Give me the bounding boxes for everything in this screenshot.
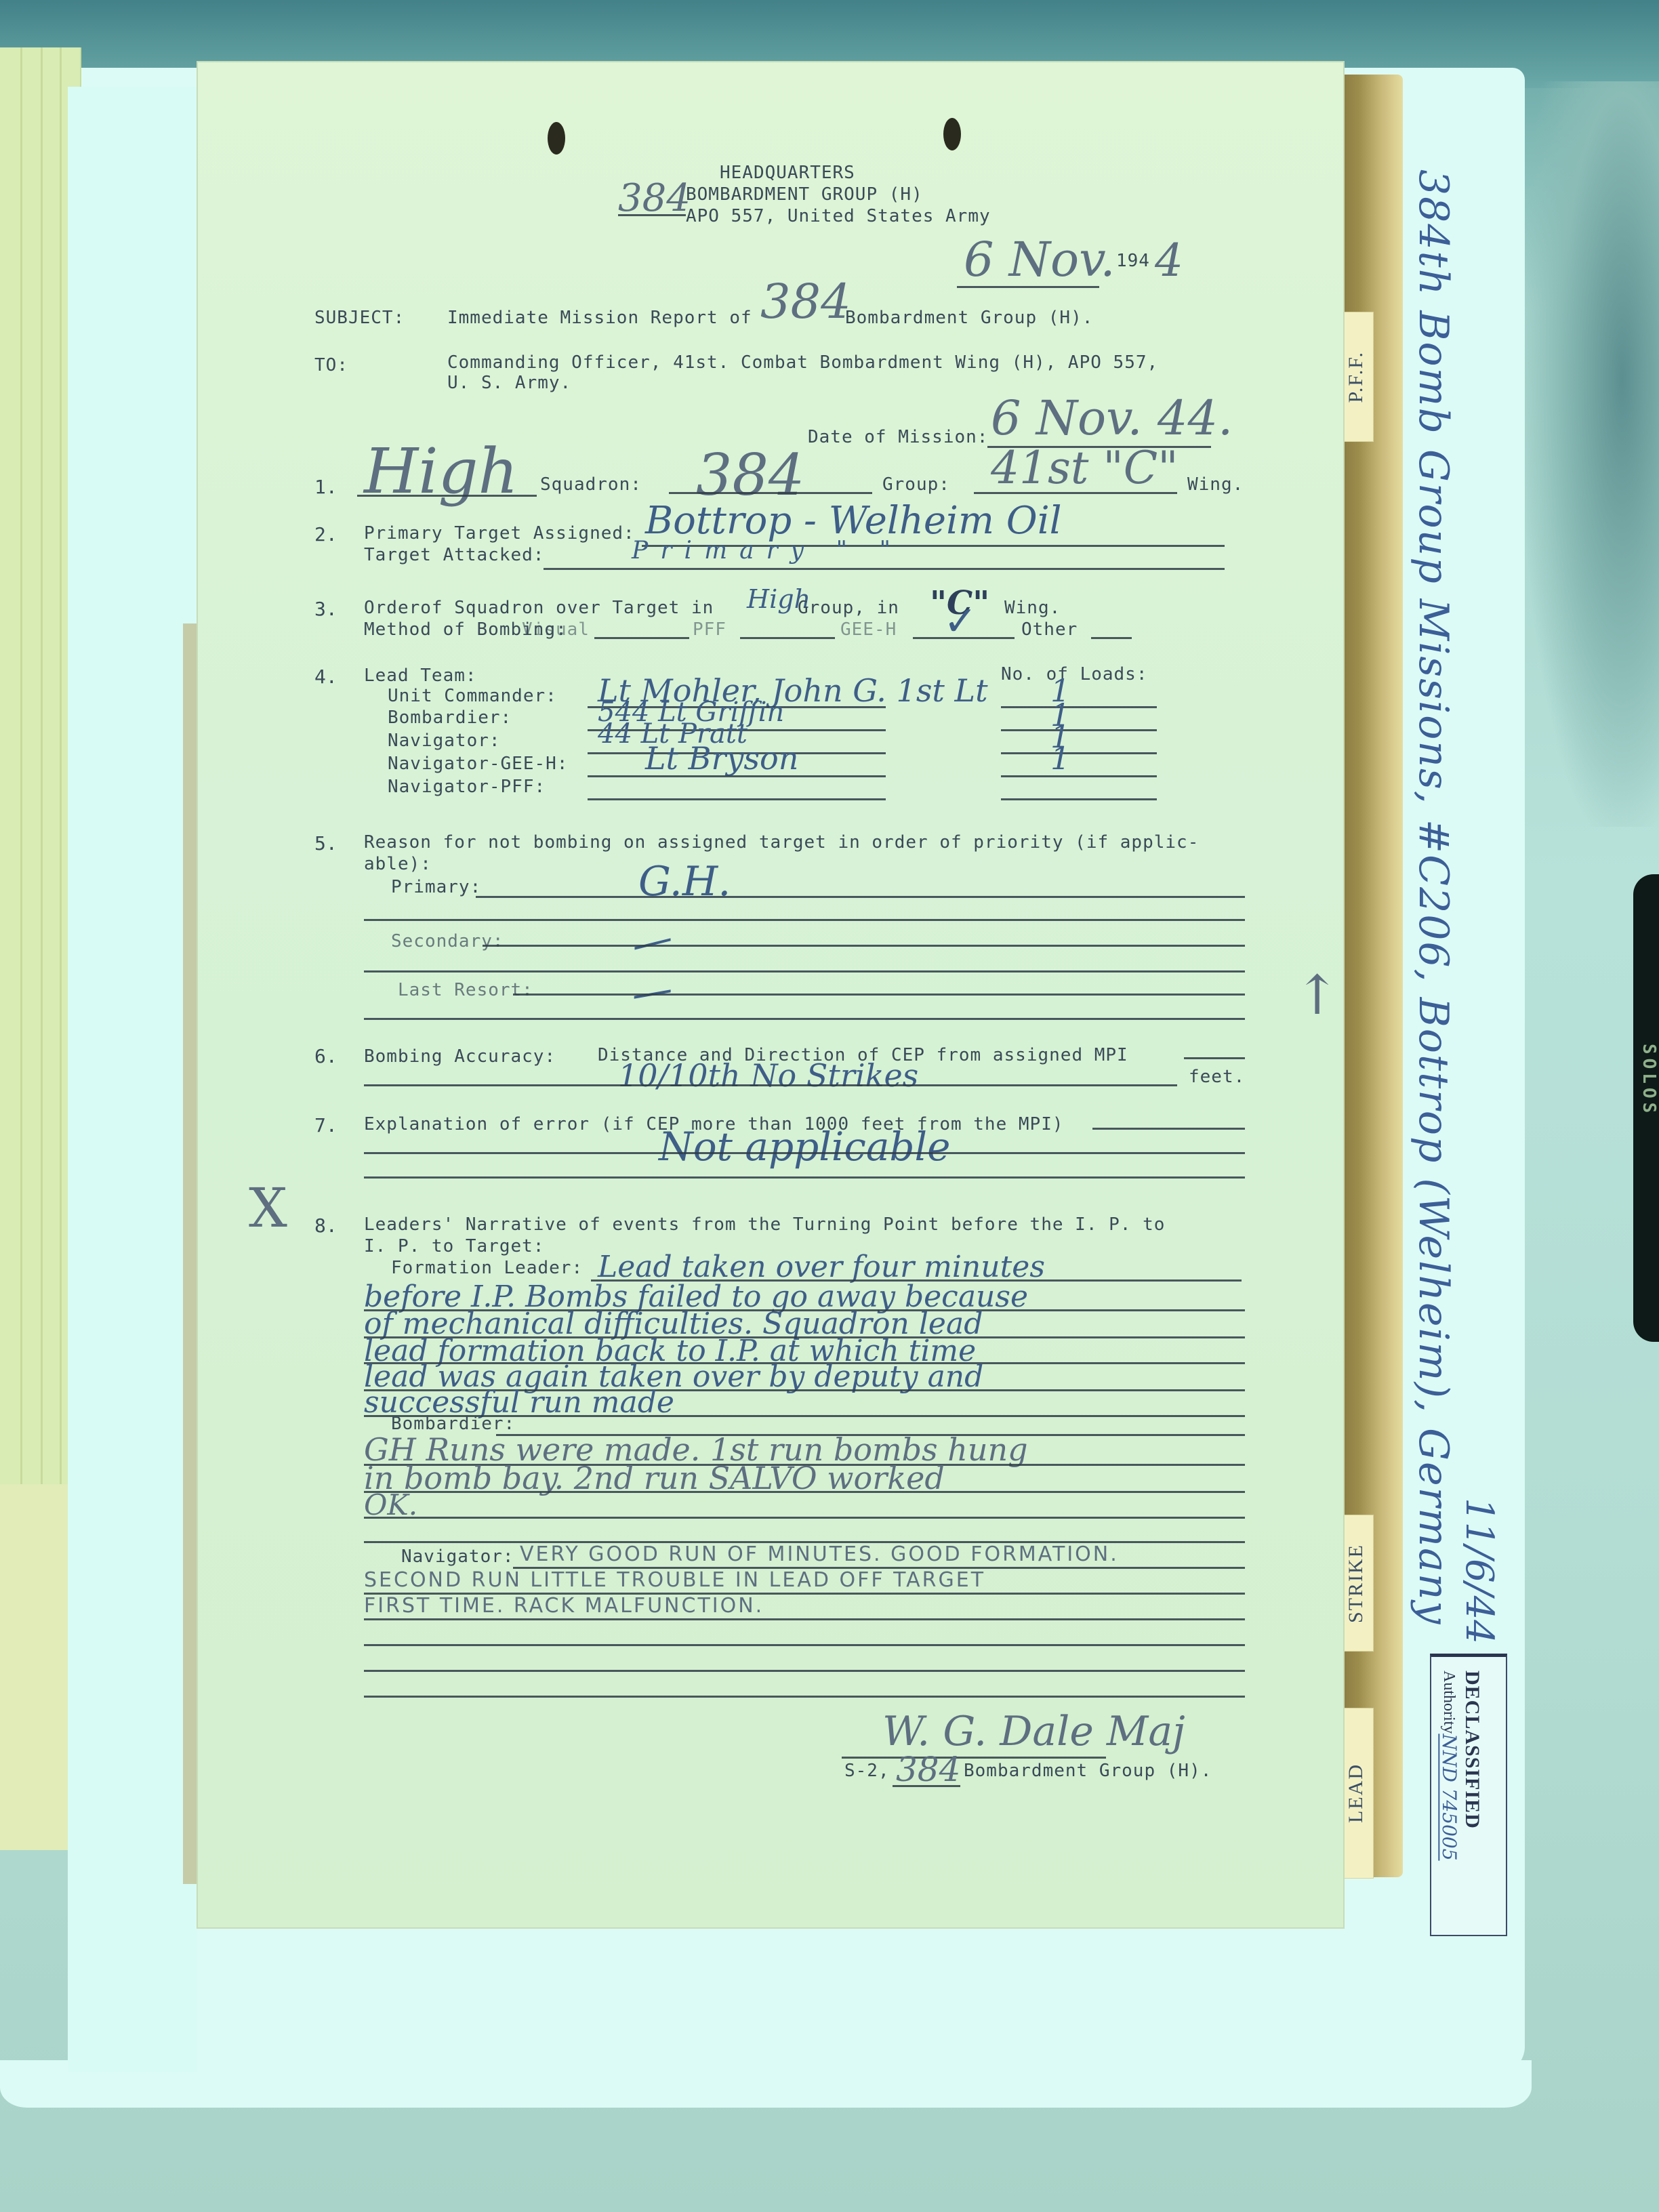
reason-last-resort-label: Last Resort: (398, 980, 533, 1000)
stamp-authority-label: Authority (1440, 1671, 1458, 1734)
loads-label: No. of Loads: (1001, 664, 1148, 684)
narrative-line (364, 1670, 1245, 1672)
reason-last-resort-underline (513, 994, 1245, 996)
subject-label: SUBJECT: (314, 308, 405, 328)
folder-margin-date: 11/6/44 (1457, 1498, 1501, 1644)
signature-group-underline (893, 1785, 960, 1787)
wing-label: Wing. (1187, 474, 1244, 495)
item-number: 3. (314, 598, 337, 620)
device-edge: SOLOS (1633, 874, 1659, 1342)
lead-role: Navigator: (388, 731, 501, 751)
primary-target-label: Primary Target Assigned: (364, 523, 635, 544)
accuracy-unit: feet. (1189, 1067, 1245, 1087)
order-wing-label: Wing. (1004, 598, 1061, 618)
header-date-handwritten: 6 Nov. (964, 232, 1115, 287)
method-checkmark: ✓ (943, 598, 977, 645)
reason-primary-value: G.H. (638, 858, 731, 905)
archive-folder-bottom (0, 2060, 1532, 2108)
lead-loads-underline (1001, 706, 1157, 708)
navigator-line: VERY GOOD RUN OF MINUTES. GOOD FORMATION… (520, 1542, 1119, 1566)
method-visual-blank (594, 637, 689, 639)
narrative-line (364, 1491, 1245, 1493)
order-label: Orderof Squadron over Target in (364, 598, 714, 618)
narrative-label-1: Leaders' Narrative of events from the Tu… (364, 1214, 1165, 1235)
method-pff-blank (740, 637, 835, 639)
subject-text-after: Bombardment Group (H). (845, 308, 1093, 328)
signature-line (842, 1757, 1106, 1759)
lead-loads: 1 (1050, 740, 1070, 777)
error-underline (364, 1152, 1245, 1154)
lead-role: Navigator-GEE-H: (388, 754, 568, 774)
to-label: TO: (314, 355, 348, 375)
wing-underline (974, 492, 1177, 494)
tab-pff[interactable]: P.F.F. (1338, 312, 1374, 442)
header-line2: BOMBARDMENT GROUP (H) (686, 184, 923, 205)
error-value: Not applicable (659, 1124, 950, 1170)
item-number: 8. (314, 1214, 337, 1237)
lead-role: Navigator-PFF: (388, 777, 546, 797)
arrow-annotation: ↑ (1294, 964, 1340, 1027)
signature-prefix: S-2, (844, 1761, 890, 1781)
signature: W. G. Dale Maj (882, 1708, 1185, 1755)
to-line1: Commanding Officer, 41st. Combat Bombard… (447, 352, 1158, 373)
item-number: 7. (314, 1114, 337, 1136)
date-of-mission-value: 6 Nov. 44. (991, 390, 1233, 446)
header-group-underline (618, 214, 686, 216)
accuracy-label: Bombing Accuracy: (364, 1046, 556, 1067)
method-option-visual[interactable]: Visual (522, 619, 590, 640)
lead-role: Unit Commander: (388, 686, 557, 706)
x-mark-annotation: X (249, 1176, 287, 1240)
narrative-label-2: I. P. to Target: (364, 1236, 544, 1256)
formation-leader-label: Formation Leader: (391, 1258, 583, 1278)
group-underline (669, 492, 872, 494)
group-label: Group: (882, 474, 950, 495)
subject-text: Immediate Mission Report of (447, 308, 752, 328)
navigator-line: SECOND RUN LITTLE TROUBLE IN LEAD OFF TA… (364, 1568, 985, 1592)
lead-name-underline (588, 775, 886, 777)
narrative-line (364, 1517, 1245, 1519)
year-suffix-handwritten: 4 (1155, 234, 1183, 287)
lead-name: Lt Bryson (645, 740, 798, 777)
to-line2: U. S. Army. (447, 373, 571, 393)
item-number: 1. (314, 476, 337, 498)
signature-suffix: Bombardment Group (H). (964, 1761, 1212, 1781)
stamp-title: DECLASSIFIED (1461, 1671, 1483, 1829)
lead-loads-underline (1001, 729, 1157, 731)
reason-blank-line (364, 1018, 1245, 1020)
reason-primary-label: Primary: (391, 877, 481, 897)
tab-strike[interactable]: STRIKE (1338, 1515, 1374, 1652)
date-of-mission-label: Date of Mission: (808, 427, 988, 447)
lead-loads-underline (1001, 752, 1157, 754)
punch-hole (548, 122, 565, 155)
lead-name-underline (588, 798, 886, 800)
squadron-label: Squadron: (540, 474, 642, 495)
wing-value: 41st "C" (991, 442, 1179, 494)
lead-role: Bombardier: (388, 708, 512, 728)
header-line3: APO 557, United States Army (686, 206, 991, 226)
error-underline (364, 1176, 1245, 1179)
tab-lead[interactable]: LEAD (1338, 1708, 1374, 1879)
reason-secondary-label: Secondary: (391, 931, 504, 951)
method-option-other[interactable]: Other (1021, 619, 1078, 640)
reason-blank-line (364, 919, 1245, 921)
subject-group-handwritten: 384 (760, 274, 851, 329)
order-group-label: Group, in (798, 598, 899, 618)
folder-margin-note: 384th Bomb Group Missions, #C206, Bottro… (1410, 169, 1457, 1625)
reason-label-2: able): (364, 854, 432, 874)
item-number: 5. (314, 832, 337, 855)
target-attacked-value: Primary " " (632, 537, 903, 565)
item-number: 4. (314, 665, 337, 688)
reason-last-resort-value: — (628, 964, 676, 1018)
error-short-line (1092, 1128, 1245, 1130)
narrative-line (364, 1644, 1245, 1646)
background-shadow (1525, 81, 1659, 827)
squadron-underline (357, 495, 537, 497)
device-label: SOLOS (1639, 1044, 1659, 1117)
item-number: 6. (314, 1045, 337, 1067)
lead-loads-underline (1001, 798, 1157, 800)
target-attacked-underline (544, 568, 1225, 570)
narrative-line (364, 1618, 1245, 1620)
signature-group-handwritten: 384 (896, 1750, 960, 1789)
document-edge-shadow (183, 623, 199, 1884)
navigator-line: FIRST TIME. RACK MALFUNCTION. (364, 1594, 764, 1618)
left-page-stack-lower (0, 1484, 73, 1850)
accuracy-underline (364, 1084, 1177, 1086)
accuracy-short-line (1184, 1057, 1245, 1059)
reason-secondary-underline (483, 945, 1245, 947)
stamp-authority-value: NND 745005 (1438, 1734, 1460, 1860)
target-attacked-label: Target Attacked: (364, 545, 544, 565)
reason-primary-underline (476, 896, 1245, 898)
reason-blank-line (364, 970, 1245, 972)
navigator-label: Navigator: (401, 1547, 514, 1567)
header-line1: HEADQUARTERS (720, 163, 855, 183)
item-number: 2. (314, 523, 337, 546)
date-underline (957, 286, 1099, 288)
declassified-stamp: DECLASSIFIED AuthorityNND 745005 (1430, 1654, 1507, 1936)
lead-team-label: Lead Team: (364, 665, 477, 686)
year-prefix: 194 (1116, 251, 1150, 271)
lead-loads-underline (1001, 775, 1157, 777)
method-other-blank (1091, 637, 1132, 639)
mission-report-document: HEADQUARTERS 384 BOMBARDMENT GROUP (H) A… (198, 62, 1343, 1927)
reason-label-1: Reason for not bombing on assigned targe… (364, 832, 1199, 853)
method-option-geeh[interactable]: GEE-H (840, 619, 897, 640)
left-white-sheet (68, 87, 197, 2072)
reason-secondary-value: — (626, 914, 677, 969)
method-option-pff[interactable]: PFF (693, 619, 726, 640)
narrative-line (364, 1696, 1245, 1698)
accuracy-value: 10/10th No Strikes (618, 1057, 918, 1094)
punch-hole (943, 118, 961, 150)
